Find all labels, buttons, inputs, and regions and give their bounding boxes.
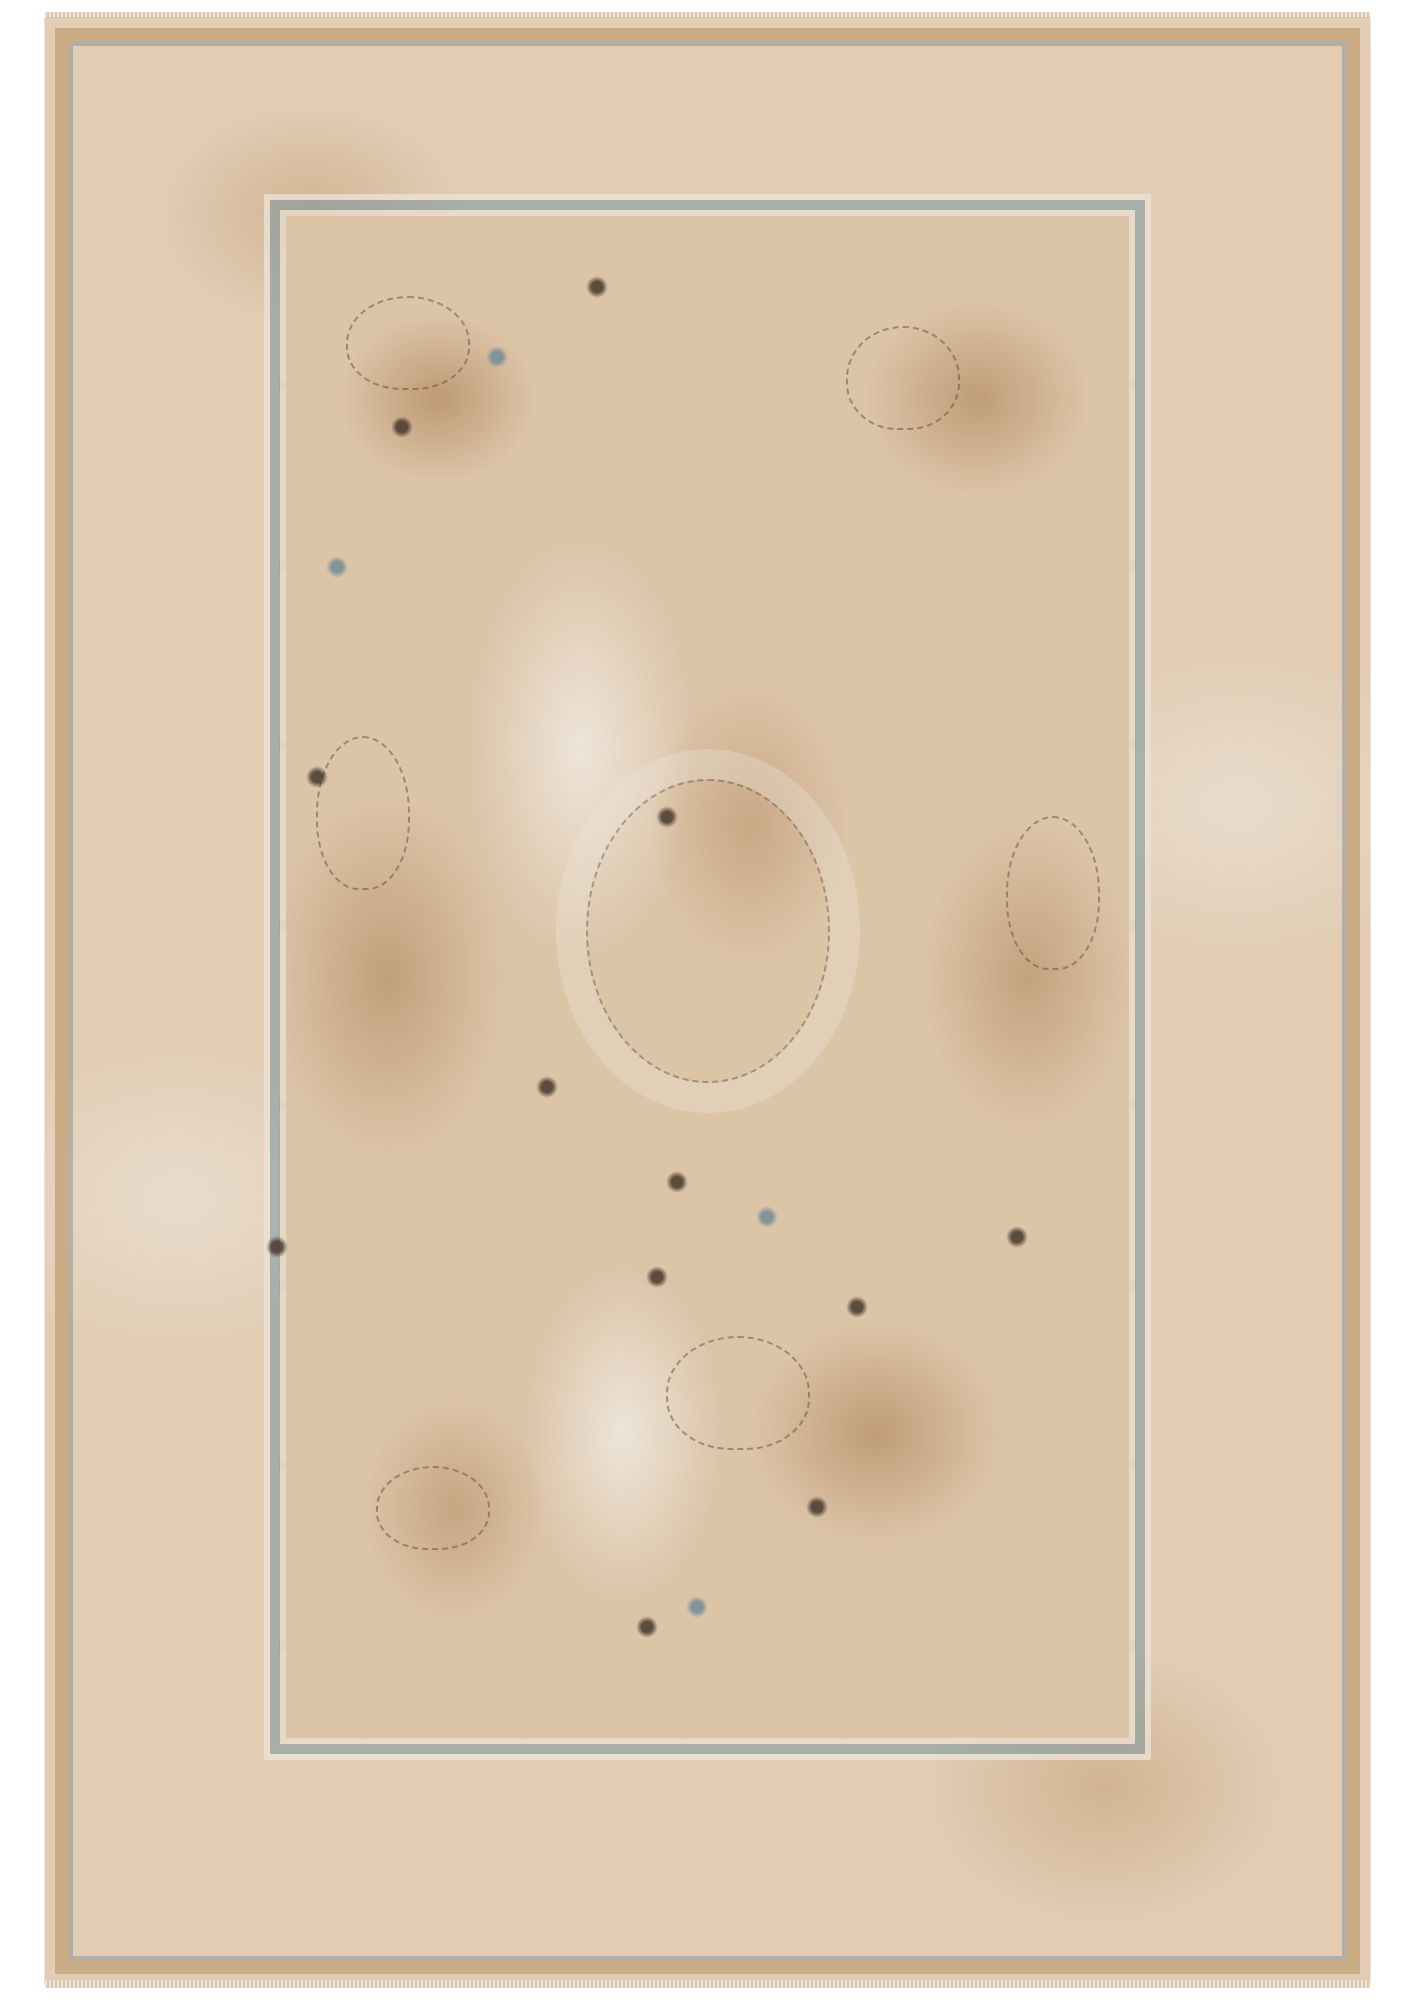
blue-floral-motif — [486, 346, 508, 368]
rug-field — [286, 216, 1129, 1738]
rug-photo — [45, 18, 1370, 1984]
floral-outline-motif — [346, 296, 470, 390]
dark-floral-motif — [1006, 1226, 1028, 1248]
dark-floral-motif — [586, 276, 608, 298]
dark-floral-motif — [391, 416, 413, 438]
dark-floral-motif — [536, 1076, 558, 1098]
blue-floral-motif — [756, 1206, 778, 1228]
dark-floral-motif — [636, 1616, 658, 1638]
rug-fringe-bottom — [45, 1980, 1370, 1988]
floral-outline-motif — [376, 1466, 490, 1550]
blue-floral-motif — [686, 1596, 708, 1618]
floral-outline-motif — [666, 1336, 810, 1450]
dark-floral-motif — [646, 1266, 668, 1288]
dark-floral-motif — [806, 1496, 828, 1518]
dark-floral-motif — [656, 806, 678, 828]
floral-outline-motif — [846, 326, 960, 430]
floral-outline-motif — [316, 736, 410, 890]
blue-floral-motif — [326, 556, 348, 578]
dark-floral-motif — [266, 1236, 288, 1258]
dark-floral-motif — [846, 1296, 868, 1318]
dark-floral-motif — [666, 1171, 688, 1193]
rug-center-medallion — [586, 779, 830, 1083]
dark-floral-motif — [306, 766, 328, 788]
floral-outline-motif — [1006, 816, 1100, 970]
